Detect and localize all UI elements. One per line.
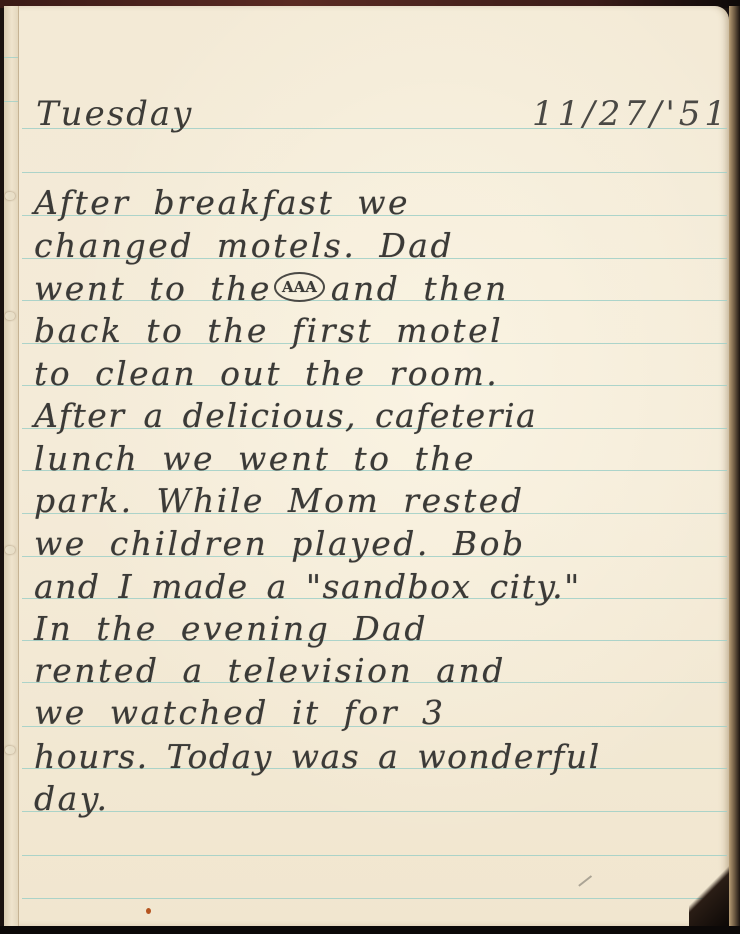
entry-line-3: went to theAAAand then: [34, 271, 724, 307]
binding-margin: [4, 6, 19, 926]
entry-line-9: we children played. Bob: [34, 526, 724, 562]
bottom-edge: [0, 926, 740, 934]
binding-hole: [5, 746, 15, 754]
ruled-line: [22, 855, 727, 856]
aaa-logo-badge: AAA: [274, 272, 325, 302]
page-corner-curl: [689, 856, 729, 926]
entry-line-8: park. While Mom rested: [34, 483, 724, 519]
ruled-line: [22, 172, 727, 173]
notebook-page: Tuesday 11/27/'51 After breakfast we cha…: [4, 6, 729, 926]
entry-line-10: and I made a "sandbox city.": [34, 569, 724, 605]
entry-line-2: changed motels. Dad: [34, 228, 724, 264]
entry-line-14: hours. Today was a wonderful: [34, 739, 724, 775]
entry-line-3-text: went to the: [34, 269, 272, 308]
entry-line-11: In the evening Dad: [34, 611, 724, 647]
entry-day: Tuesday: [36, 94, 193, 134]
entry-line-13: we watched it for 3: [34, 695, 724, 731]
binding-hole: [5, 192, 15, 200]
ruled-line-stub: [4, 57, 18, 58]
entry-line-4: back to the first motel: [34, 313, 724, 349]
ruled-line: [22, 898, 727, 899]
page-right-edge: [729, 6, 740, 926]
entry-line-6: After a delicious, cafeteria: [34, 398, 724, 434]
entry-line-3-tail: and then: [331, 269, 509, 308]
scanned-diary-page: Tuesday 11/27/'51 After breakfast we cha…: [0, 0, 740, 934]
entry-line-15: day.: [34, 781, 724, 817]
entry-line-12: rented a television and: [34, 653, 724, 689]
entry-line-7: lunch we went to the: [34, 441, 724, 477]
entry-date: 11/27/'51: [532, 94, 730, 134]
binding-hole: [5, 546, 15, 554]
rust-stain: [146, 908, 151, 914]
ruled-line-stub: [4, 101, 18, 102]
entry-line-1: After breakfast we: [34, 185, 724, 221]
binding-hole: [5, 312, 15, 320]
entry-line-5: to clean out the room.: [34, 356, 724, 392]
